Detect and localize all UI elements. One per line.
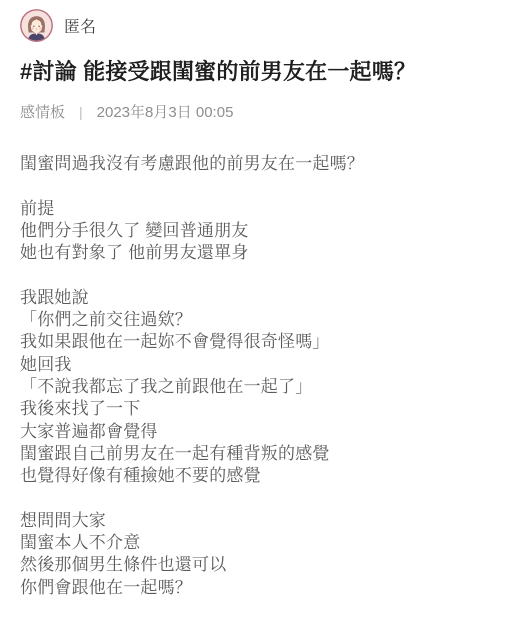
author-row: 匿名 [20,9,490,42]
author-name: 匿名 [64,14,96,37]
board-link[interactable]: 感情板 [20,102,65,123]
post-meta-row: 感情板 | 2023年8月3日 00:05 [20,102,490,123]
post-body-text: 閨蜜問過我沒有考慮跟他的前男友在一起嗎？ 前提 他們分手很久了 變回普通朋友 她… [20,153,490,599]
post-detail-page: 匿名 #討論 能接受跟閨蜜的前男友在一起嗎？ 感情板 | 2023年8月3日 0… [0,0,510,640]
post-title: #討論 能接受跟閨蜜的前男友在一起嗎？ [20,58,490,86]
post-timestamp: 2023年8月3日 00:05 [97,102,234,123]
meta-separator: | [79,102,83,123]
anonymous-avatar-icon [20,9,53,42]
